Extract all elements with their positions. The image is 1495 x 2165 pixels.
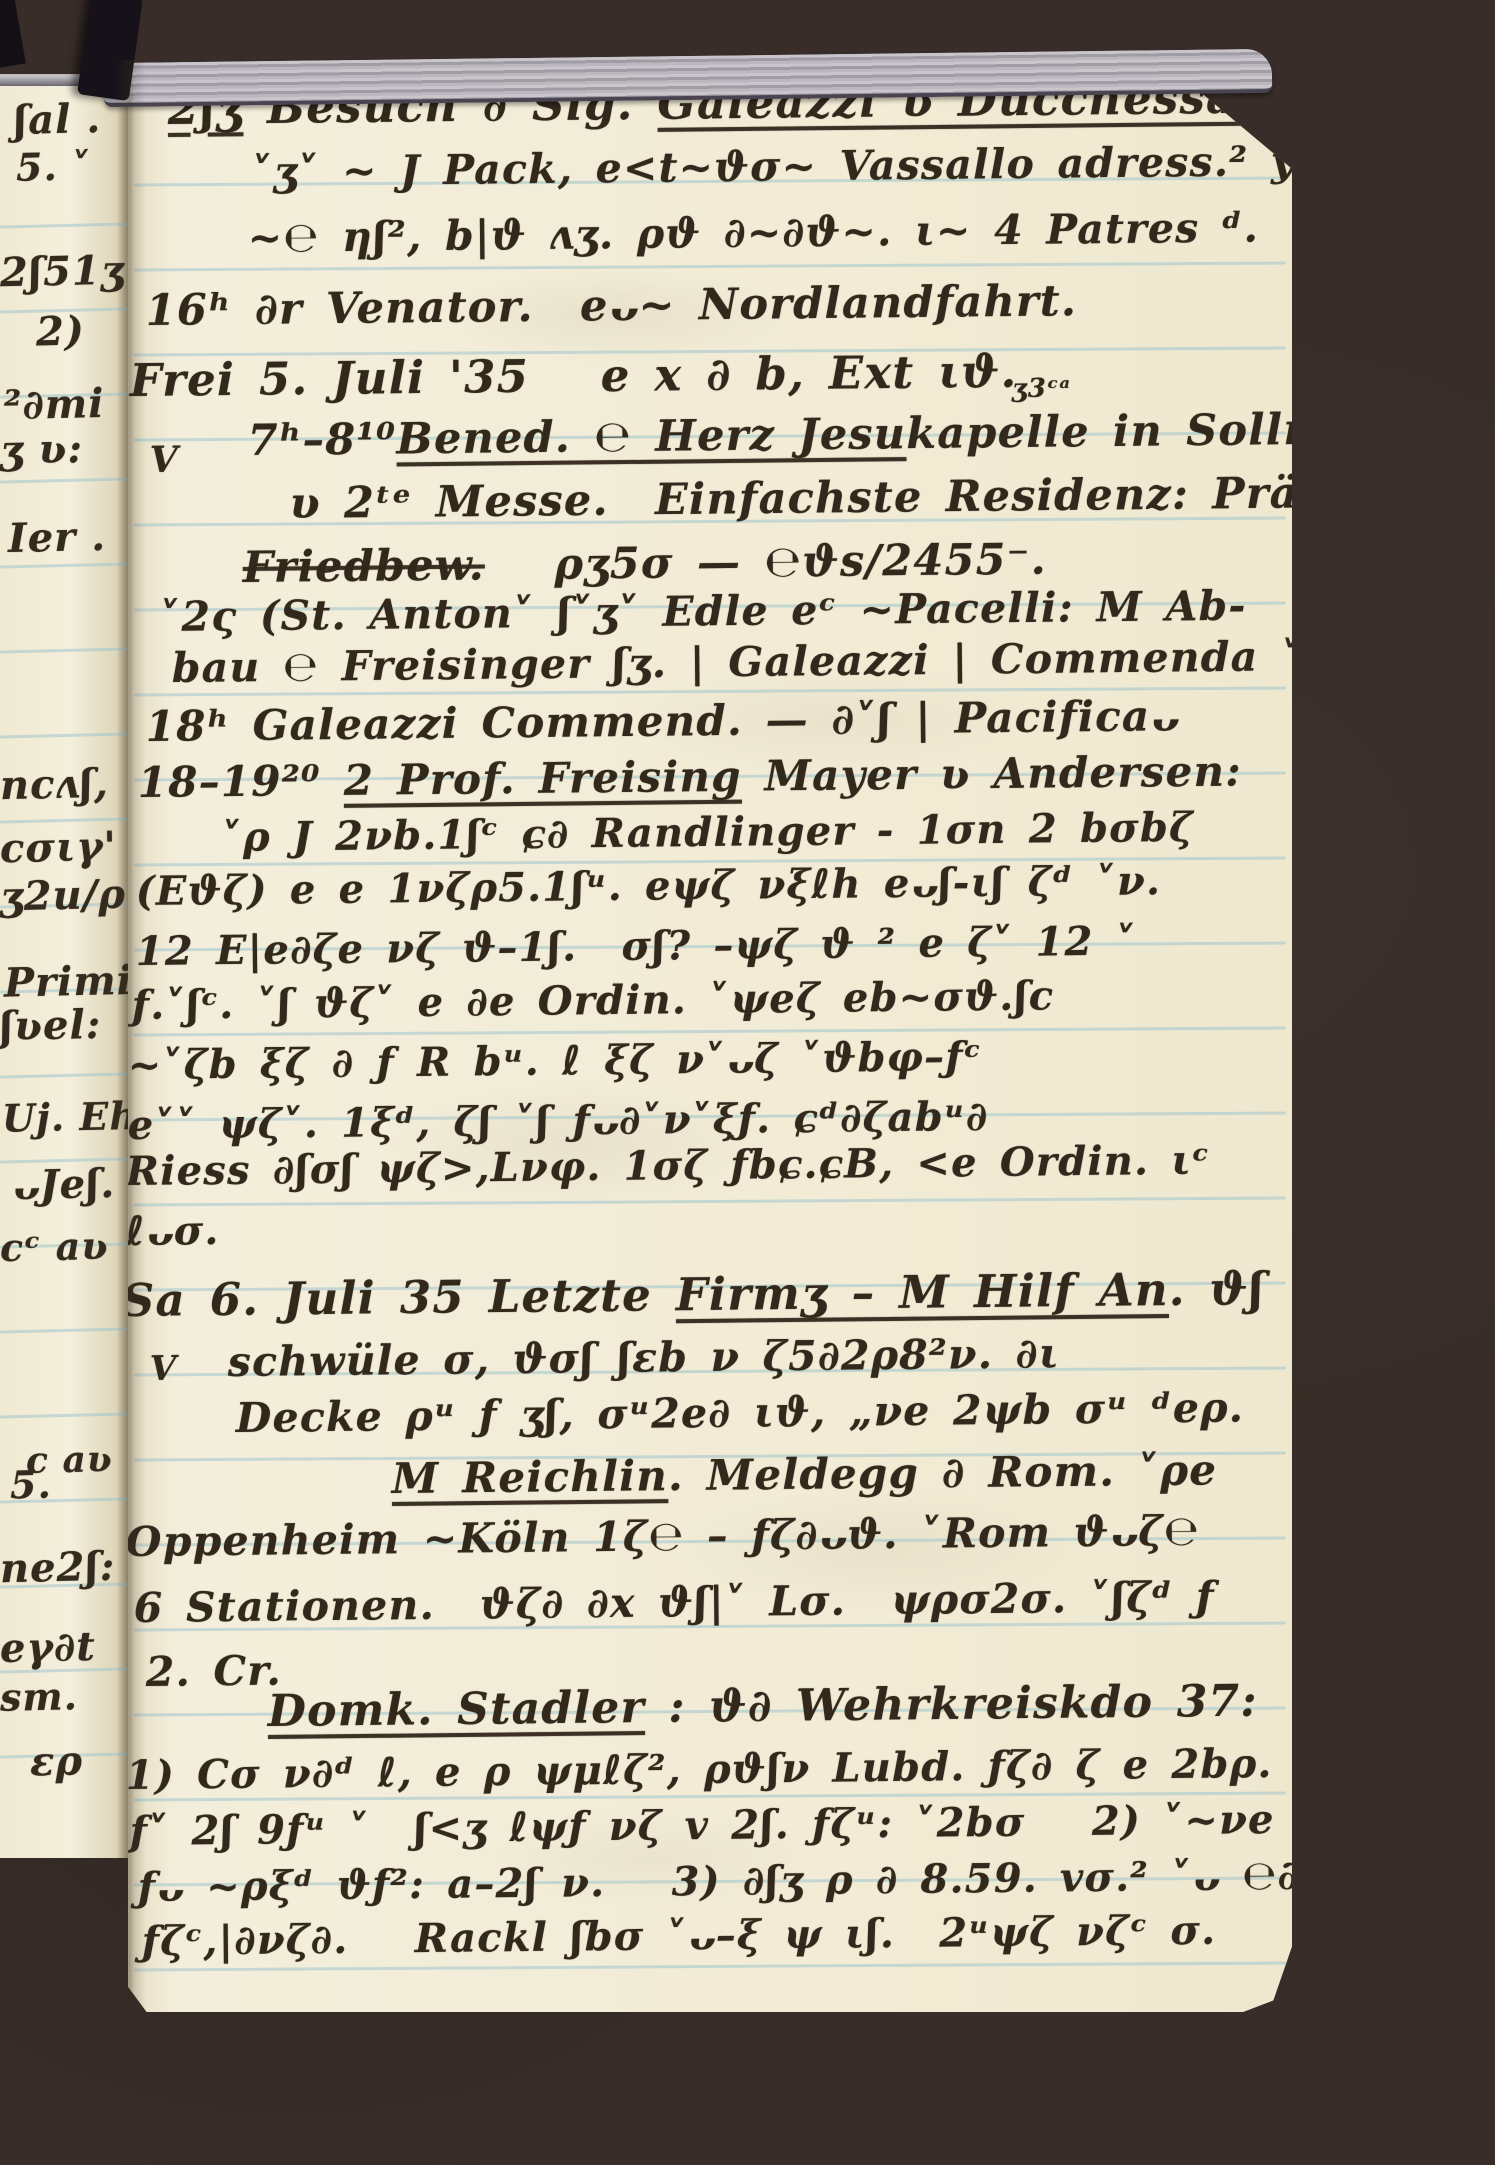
handwritten-line: M Reichlin. Meldegg ∂ Rom. ˅ρe	[392, 1449, 1218, 1500]
text-run: . Meldegg ∂ Rom. ˅ρe	[668, 1445, 1218, 1500]
text-run: Decke ρᵘ ƒ ʒʃ, σᵘ2e∂ ιϑ, „νe 2ψb σᵘ ᵈeρ.	[236, 1383, 1245, 1442]
text-run: ~℮ ηʃ², b|ϑ ʌʒ. ρϑ ∂~∂ϑ~. ι~ 4 Patres ᵈ.	[248, 203, 1260, 262]
handwritten-fragment: 5. ˅	[16, 147, 93, 187]
handwritten-fragment: cᶜ aʋ	[0, 1227, 109, 1267]
handwritten-line: V	[150, 1352, 178, 1386]
text-run: ʒ3ᶜᵃ	[1012, 373, 1072, 404]
handwritten-fragment: Ier .	[8, 517, 107, 559]
diary-photograph: ʃal .5. ˅2ʃ51ʒ2)²∂miʒ ʋ:Ier .ncʌʃ,cσιγ'ʒ…	[0, 0, 1495, 2165]
handwritten-line: ˅ρ J 2νb.1ʃᶜ ɕ∂ Randlinger - 1σn 2 bσbζ	[222, 808, 1195, 858]
handwritten-line: ~˅ζb ξζ ∂ ƒ R bᵘ. ℓ ξζ ν˅ᴗζ ˅ϑbφ–ƒᶜ	[128, 1037, 982, 1086]
handwritten-fragment: 2ʃ51ʒ	[0, 251, 125, 294]
handwritten-line: ʒ3ᶜᵃ	[1012, 375, 1072, 402]
ruled-line	[134, 1196, 1286, 1206]
underlined-text: Bened. ℮ Herz Jesu	[396, 409, 906, 464]
text-run: : ϑ∂ Wehrkreiskdo 37:	[645, 1676, 1258, 1733]
handwritten-fragment: ²∂mi	[4, 384, 105, 426]
text-run: (Eϑζ) e e 1νζρ5.1ʃᵘ. eψζ νξℓh eᴗʃ-ιʃ ζᵈ …	[136, 857, 1162, 915]
handwritten-line: e˅˅ ψζ˅. 1ξᵈ, ζʃ ˅ʃ ƒᴗ∂˅ν˅ξƒ. ɕᵈ∂ζabᵘ∂	[128, 1097, 989, 1146]
text-run: Oppenheim ~Köln 1ζ℮ – ƒζ∂ᴗϑ. ˅Rom ϑᴗζ℮	[128, 1507, 1200, 1566]
handwritten-line: Domk. Stadler : ϑ∂ Wehrkreiskdo 37:	[268, 1680, 1258, 1734]
cover-spine-corner-far-left	[0, 0, 26, 68]
text-run: 1) Cσ ν∂ᵈ ℓ, e ρ ψμℓζ², ρϑʃν Lubd. ƒζ∂ ζ…	[128, 1740, 1273, 1799]
text-run: schwüle σ, ϑσʃ ʃεb ν ζ5∂2ρ8²ν. ∂ι	[228, 1329, 1061, 1386]
handwritten-line: Decke ρᵘ ƒ ʒʃ, σᵘ2e∂ ιϑ, „νe 2ψb σᵘ ᵈeρ.	[236, 1387, 1245, 1439]
text-run: ƒζᶜ,|∂νζ∂. Rackl ʃbσ ˅ᴗ–ξ ψ ιʃ. 2ᵘψζ νζᶜ…	[142, 1907, 1217, 1965]
text-run: 2. Cr.	[146, 1647, 283, 1696]
text-run: ˅2ς (St. Anton˅ ʃ˅ʒ˅ Edle eᶜ ~Pacelli: M…	[160, 582, 1247, 641]
handwritten-line: 7ʰ–8¹⁰Bened. ℮ Herz Jesukapelle in Solln	[248, 409, 1292, 463]
handwritten-line: ˅2ς (St. Anton˅ ʃ˅ʒ˅ Edle eᶜ ~Pacelli: M…	[160, 586, 1247, 638]
handwritten-line: bau ℮ Freisinger ʃʒ. | Galeazzi | Commen…	[172, 635, 1292, 689]
handwritten-fragment: ʒ2u/ρ	[0, 875, 126, 918]
handwritten-fragment: cσιγ'	[0, 827, 117, 869]
text-run: 18–19²⁰	[138, 756, 344, 807]
handwritten-line: ƒ.˅ʃᶜ. ˅ʃ ϑζ˅ e ∂e Ordin. ˅ψeζ eb~σϑ.ʃc	[132, 976, 1055, 1026]
handwritten-fragment: Uj. Ehr.	[2, 1096, 130, 1138]
handwritten-line: 2. Cr.	[146, 1651, 282, 1693]
handwritten-line: Oppenheim ~Köln 1ζ℮ – ƒζ∂ᴗϑ. ˅Rom ϑᴗζ℮	[128, 1511, 1200, 1563]
handwritten-line: Sa 6. Juli 35 Letzte Firmʒ – M Hilf An. …	[128, 1265, 1292, 1323]
handwritten-line: 6 Stationen. ϑζ∂ ∂x ϑʃ|˅ Lσ. ψρσ2σ. ˅ʃζᵈ…	[134, 1577, 1215, 1629]
gutter-shadow	[116, 60, 146, 2020]
text-run: ƒᴗ ~ρξᵈ ϑƒ²: a–2ʃ ν. 3) ∂ʃʒ ρ ∂ 8.59. vσ…	[138, 1852, 1292, 1911]
underlined-text: M Reichlin	[392, 1451, 669, 1503]
underlined-text: Domk. Stadler	[267, 1682, 645, 1737]
handwritten-line: 12 E|e∂ζe νζ ϑ–1ʃ. σʃ? –ψζ ϑ ² e ζ˅ 12 ˅	[136, 922, 1138, 972]
text-run: kapelle in Solln	[906, 405, 1292, 459]
text-run: υ 2ᵗᵉ Messe. Einfachste Residenz: Prälat…	[290, 467, 1292, 529]
ruled-line	[134, 261, 1286, 271]
handwritten-line: ƒζᶜ,|∂νζ∂. Rackl ʃbσ ˅ᴗ–ξ ψ ιʃ. 2ᵘψζ νζᶜ…	[142, 1911, 1217, 1962]
text-run: 12 E|e∂ζe νζ ϑ–1ʃ. σʃ? –ψζ ϑ ² e ζ˅ 12 ˅	[136, 918, 1138, 975]
diary-page: 2ʃʒ Besuch ∂ Sig. Galeazzi ʋ Ducchessa B…	[128, 84, 1292, 2012]
handwritten-fragment: ʃal .	[14, 99, 102, 141]
text-run: . ϑʃ ˅ν˅	[1168, 1261, 1292, 1316]
handwritten-line: Frei 5. Juli '35 e x ∂ b, Ext ιϑ.	[130, 349, 1018, 403]
handwritten-fragment: 2)	[36, 311, 86, 352]
handwritten-line: ƒᴗ ~ρξᵈ ϑƒ²: a–2ʃ ν. 3) ∂ʃʒ ρ ∂ 8.59. vσ…	[138, 1856, 1292, 1908]
text-run: V	[150, 1349, 178, 1389]
handwritten-line: Friedbew. ρʒ5σ — ℮ϑs/2455⁻.	[243, 539, 1047, 590]
handwritten-line: 16ʰ ∂r Venator. eᴗ~ Nordlandfahrt.	[146, 280, 1078, 333]
underlined-text: 2 Prof. Freising	[343, 752, 741, 805]
handwritten-line: ~℮ ηʃ², b|ϑ ʌʒ. ρϑ ∂~∂ϑ~. ι~ 4 Patres ᵈ.	[248, 207, 1260, 259]
ruled-line	[0, 562, 128, 568]
text-run: Sa 6. Juli 35 Letzte	[128, 1268, 676, 1327]
handwritten-fragment: ne2ʃ:	[0, 1547, 116, 1589]
text-run: V	[150, 439, 180, 481]
handwritten-line: (Eϑζ) e e 1νζρ5.1ʃᵘ. eψζ νξℓh eᴗʃ-ιʃ ζᵈ …	[136, 861, 1162, 912]
handwritten-fragment: 5.	[10, 1466, 52, 1505]
ruled-line	[0, 1327, 128, 1333]
handwritten-line: Riess ∂ʃσʃ ψζ>,Lνφ. 1σζ ƒbɕ.ɕB, <e Ordin…	[128, 1141, 1210, 1192]
text-run: Frei 5. Juli '35 e x ∂ b, Ext ιϑ.	[129, 345, 1017, 407]
text-run: Mayer ʋ Andersen:	[741, 746, 1242, 800]
handwritten-fragment: sm.	[0, 1677, 78, 1717]
ruled-line	[0, 647, 128, 653]
handwritten-fragment: Primiz	[4, 960, 130, 1003]
text-run: 16ʰ ∂r Venator. eᴗ~ Nordlandfahrt.	[146, 276, 1078, 336]
left-page-sliver: ʃal .5. ˅2ʃ51ʒ2)²∂miʒ ʋ:Ier .ncʌʃ,cσιγ'ʒ…	[0, 74, 130, 1858]
ruled-line	[0, 222, 128, 228]
handwritten-line: 18–19²⁰ 2 Prof. Freising Mayer ʋ Anderse…	[138, 750, 1243, 804]
struck-text: Friedbew.	[243, 540, 486, 593]
handwritten-fragment: ncʌʃ,	[0, 764, 109, 806]
text-run: ƒ˅ 2ʃ 9ƒᵘ ˅ ʃ<ʒ ℓψƒ νζ v 2ʃ. ƒζᵘ: ˅2bσ 2…	[130, 1796, 1275, 1855]
ruled-line	[0, 1072, 128, 1078]
text-run: ƒ.˅ʃᶜ. ˅ʃ ϑζ˅ e ∂e Ordin. ˅ψeζ eb~σϑ.ʃc	[132, 972, 1055, 1029]
text-run: Riess ∂ʃσʃ ψζ>,Lνφ. 1σζ ƒbɕ.ɕB, <e Ordin…	[128, 1137, 1210, 1195]
text-run: ~˅ζb ξζ ∂ ƒ R bᵘ. ℓ ξζ ν˅ᴗζ ˅ϑbφ–ƒᶜ	[128, 1033, 982, 1089]
handwritten-fragment: ʃʋel:	[0, 1005, 102, 1047]
handwritten-line: 1) Cσ ν∂ᵈ ℓ, e ρ ψμℓζ², ρϑʃν Lubd. ƒζ∂ ζ…	[128, 1744, 1273, 1796]
handwritten-fragment: ᴗJeʃ.	[12, 1164, 116, 1206]
handwritten-line: schwüle σ, ϑσʃ ʃεb ν ζ5∂2ρ8²ν. ∂ι	[228, 1333, 1060, 1383]
ruled-line	[0, 1412, 128, 1418]
handwritten-line: ˅ʒ˅ ~ J Pack, e<t~ϑσ~ Vassallo adress.² …	[252, 141, 1292, 193]
handwritten-fragment: ɛρ	[30, 1741, 84, 1782]
underlined-text: Firmʒ – M Hilf An	[675, 1263, 1169, 1321]
text-run: bau ℮ Freisinger ʃʒ. | Galeazzi | Commen…	[172, 631, 1292, 692]
text-run: 7ʰ–8¹⁰	[248, 414, 397, 466]
text-run: ρʒ5σ — ℮ϑs/2455⁻.	[485, 535, 1047, 591]
handwritten-line: V	[150, 442, 180, 478]
text-run: 18ʰ Galeazzi Commend. — ∂˅ʃ | Pacificaᴗ	[146, 691, 1180, 751]
text-run: ˅ρ J 2νb.1ʃᶜ ɕ∂ Randlinger - 1σn 2 bσbζ	[222, 804, 1195, 861]
handwritten-fragment: ʒ ʋ:	[0, 429, 84, 471]
handwritten-line: υ 2ᵗᵉ Messe. Einfachste Residenz: Prälat…	[290, 471, 1292, 526]
handwritten-line: 18ʰ Galeazzi Commend. — ∂˅ʃ | Pacificaᴗ	[146, 695, 1180, 748]
ruled-line	[0, 477, 128, 483]
handwritten-line: ƒ˅ 2ʃ 9ƒᵘ ˅ ʃ<ʒ ℓψƒ νζ v 2ʃ. ƒζᵘ: ˅2bσ 2…	[130, 1800, 1275, 1852]
handwritten-fragment: eγ∂t	[0, 1627, 96, 1669]
ruled-line	[0, 732, 128, 738]
text-run: ˅ʒ˅ ~ J Pack, e<t~ϑσ~ Vassallo adress.² …	[252, 137, 1292, 196]
